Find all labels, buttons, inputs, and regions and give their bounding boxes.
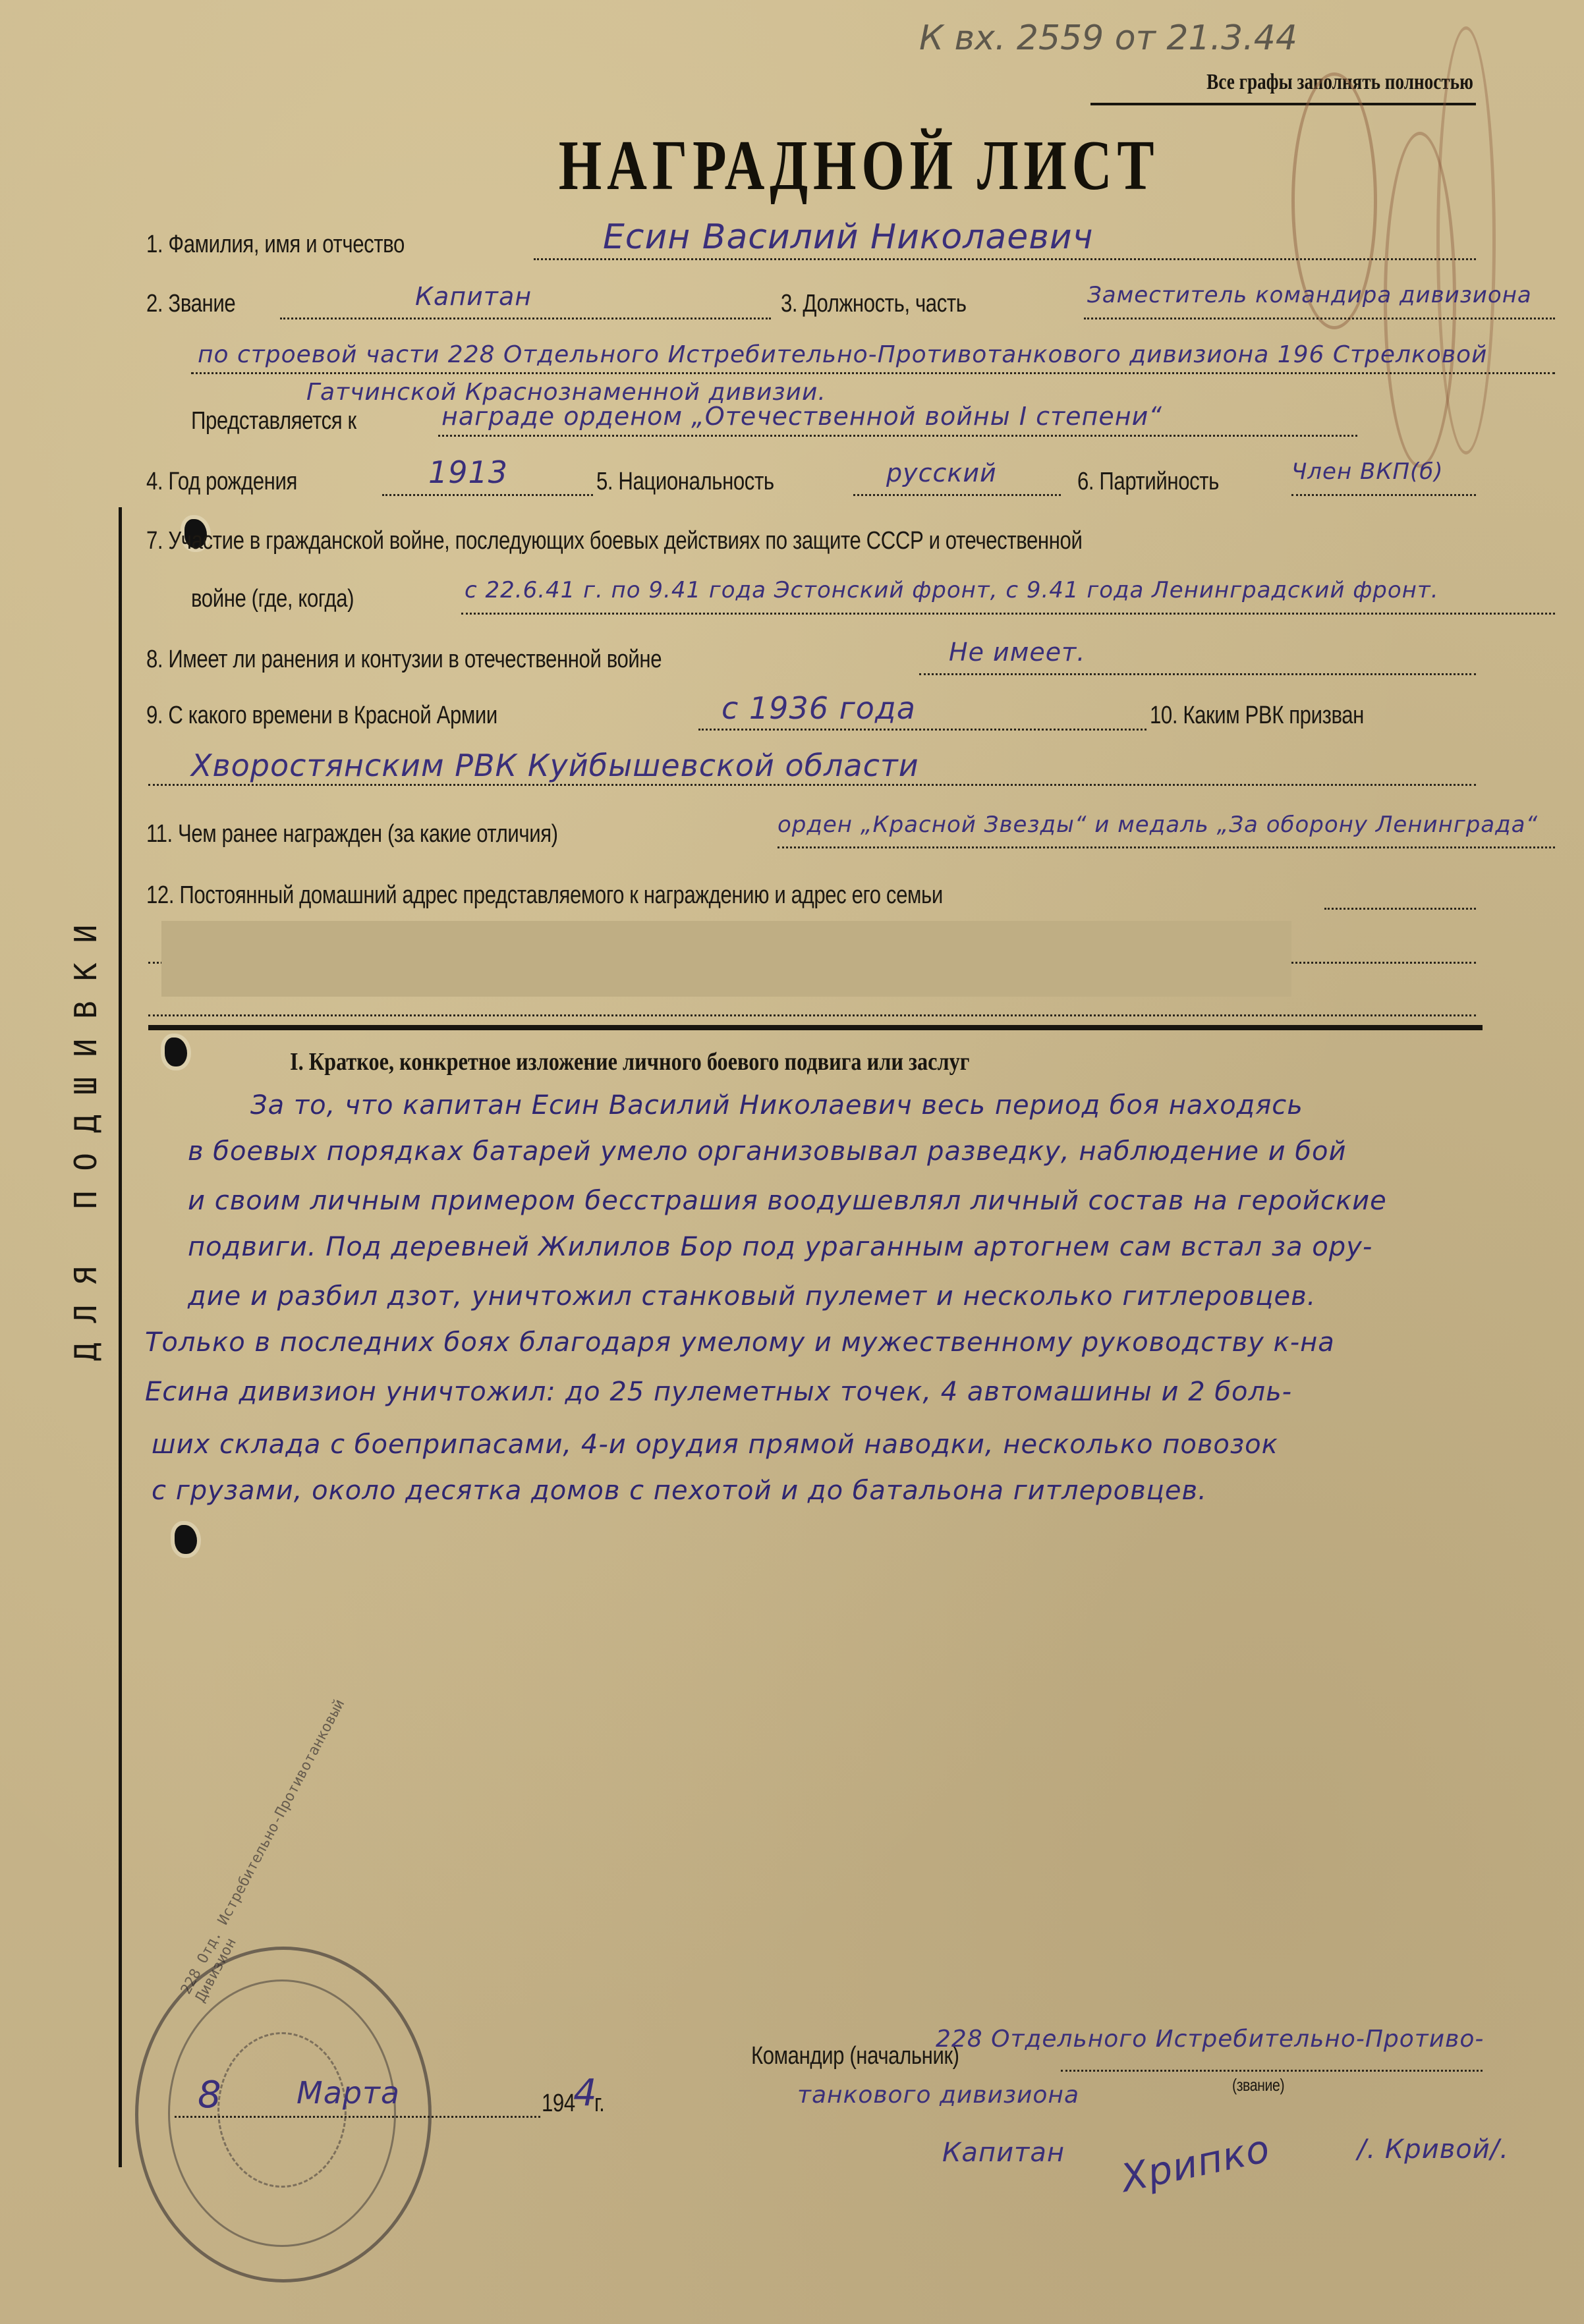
presented-label: Представляется к (191, 407, 356, 435)
address-redaction (161, 921, 1291, 997)
corner-number-mark-3 (1436, 26, 1496, 455)
field-1-line (534, 258, 1476, 260)
field-4-label: 4. Год рождения (146, 468, 297, 496)
field-6-label: 6. Партийность (1077, 468, 1219, 496)
narrative-line-3: и своим личным примером бесстрашия вооду… (188, 1186, 1387, 1216)
presented-line (438, 435, 1357, 437)
field-5-label: 5. Национальность (596, 468, 774, 496)
field-9-value: с 1936 года (721, 690, 916, 726)
award-sheet-page: ДЛЯ ПОДШИВКИ К вх. 2559 от 21.3.44 Все г… (0, 0, 1584, 2324)
margin-rule (119, 507, 122, 2167)
field-8-value: Не имеет. (949, 638, 1085, 667)
rank-value: Капитан (942, 2138, 1065, 2168)
narrative-line-6: Только в последних боях благодаря умелом… (145, 1327, 1335, 1358)
signer-name: /. Кривой/. (1357, 2134, 1509, 2165)
field-5-value: русский (886, 458, 997, 487)
date-year-prefix: 194 (542, 2089, 575, 2118)
field-12-label: 12. Постоянный домашний адрес представля… (146, 881, 943, 910)
field-7-label-1: 7. Участие в гражданской войне, последую… (146, 527, 1082, 555)
date-line (175, 2116, 540, 2118)
narrative-line-1: За то, что капитан Есин Василий Николаев… (250, 1090, 1303, 1120)
narrative-line-8: ших склада с боеприпасами, 4-и орудия пр… (152, 1429, 1278, 1460)
presented-value: награде орденом „Отечественной войны I с… (441, 402, 1162, 431)
field-6-line (1291, 494, 1476, 496)
narrative-line-9: с грузами, около десятка домов с пехотой… (152, 1476, 1207, 1506)
section-divider (148, 1025, 1483, 1030)
field-3-value-1: Заместитель командира дивизиона (1087, 282, 1532, 308)
date-month: Марта (297, 2075, 400, 2111)
field-10-line (148, 784, 1476, 786)
field-3-line (1084, 318, 1555, 319)
field-5-line (853, 494, 1061, 496)
field-3-line-2 (191, 372, 1555, 374)
field-10-label: 10. Каким РВК призван (1150, 702, 1364, 730)
field-11-label: 11. Чем ранее награжден (за какие отличи… (146, 820, 558, 848)
field-10-value: Хворостянским РВК Куйбышевской области (191, 748, 919, 783)
commander-value-2: танкового дивизиона (797, 2082, 1079, 2109)
date-day: 8 (198, 2074, 222, 2116)
punch-hole-middle (165, 1037, 187, 1066)
page-title: НАГРАДНОЙ ЛИСТ (559, 125, 1062, 207)
field-2-value: Капитан (415, 282, 532, 311)
field-1-value: Есин Василий Николаевич (603, 217, 1093, 257)
field-9-line (698, 729, 1146, 731)
field-11-line (778, 846, 1555, 848)
rank-caption: (звание) (1232, 2075, 1284, 2095)
commander-line (1061, 2070, 1483, 2072)
field-11-value: орден „Красной Звезды“ и медаль „За обор… (778, 812, 1538, 838)
section-1-heading: I. Краткое, конкретное изложение личного… (290, 1047, 969, 1076)
narrative-line-5: дие и разбил дзот, уничтожил станковый п… (188, 1281, 1316, 1312)
field-3-label: 3. Должность, часть (781, 290, 967, 318)
field-12-line (1324, 908, 1476, 910)
punch-hole-bottom (175, 1525, 197, 1554)
field-4-value: 1913 (428, 455, 508, 490)
margin-binding-label: ДЛЯ ПОДШИВКИ (53, 853, 119, 1413)
field-7-value: с 22.6.41 г. по 9.41 года Эстонский фрон… (465, 577, 1439, 603)
registry-note: К вх. 2559 от 21.3.44 (919, 18, 1297, 58)
narrative-line-2: в боевых порядках батарей умело организо… (188, 1136, 1347, 1167)
field-8-label: 8. Имеет ли ранения и контузии в отечест… (146, 646, 662, 674)
narrative-line-4: подвиги. Под деревней Жилилов Бор под ур… (188, 1232, 1372, 1262)
field-9-label: 9. С какого времени в Красной Армии (146, 702, 497, 730)
commander-label: Командир (начальник) (751, 2042, 959, 2070)
field-7-line (461, 613, 1555, 615)
narrative-line-7: Есина дивизион уничтожил: до 25 пулеметн… (145, 1377, 1292, 1407)
field-3-value-2: по строевой части 228 Отдельного Истреби… (198, 341, 1487, 368)
field-12-line-3 (148, 1014, 1476, 1016)
fill-note-underline (1090, 103, 1476, 105)
field-2-label: 2. Звание (146, 290, 235, 318)
field-4-line (382, 494, 593, 496)
field-1-label: 1. Фамилия, имя и отчество (146, 231, 405, 259)
commander-value-1: 228 Отдельного Истребительно-Противо- (936, 2026, 1484, 2053)
field-6-value: Член ВКП(б) (1291, 458, 1444, 485)
field-8-line (919, 673, 1476, 675)
commander-signature: Хрипко (1117, 2126, 1274, 2201)
date-year-g: г. (594, 2089, 604, 2118)
field-2-line (280, 318, 771, 319)
field-7-label-2: войне (где, когда) (191, 585, 354, 613)
